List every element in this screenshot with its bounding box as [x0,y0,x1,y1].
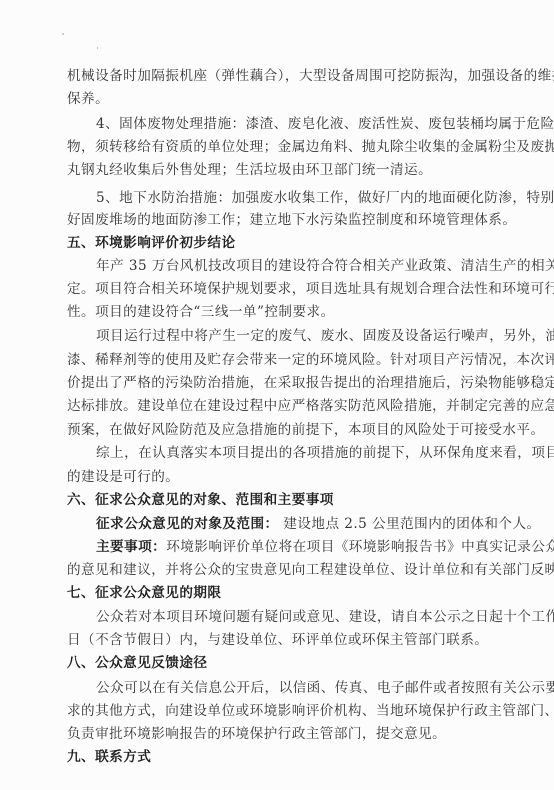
paragraph-line: 负责审批环境影响报告的环境保护行政主管部门，提交意见。 [67,726,477,742]
section-heading-7: 七、征求公众意见的期限 [67,585,477,601]
paragraph-line: 漆、稀释剂等的使用及贮存会带来一定的环境风险。针对项目产污情况，本次评 [67,352,477,368]
scope-label: 征求公众意见的对象及范围： [96,516,279,532]
section-heading-8: 八、公众意见反馈途径 [67,655,477,671]
paragraph-line: 5、地下水防治措施：加强废水收集工作，做好厂内的地面硬化防渗，特别做 [96,190,506,206]
paragraph-line: 好固废堆场的地面防渗工作；建立地下水污染监控制度和环境管理体系。 [67,212,477,228]
paragraph-line: 定。项目符合相关环境保护规划要求，项目选址具有规划合理合法性和环境可行 [67,281,477,297]
section-heading-6: 六、征求公众意见的对象、范围和主要事项 [67,492,477,508]
matters-label: 主要事项： [96,539,166,555]
paragraph-line: 丸钢丸经收集后外售处理；生活垃圾由环卫部门统一清运。 [67,162,477,178]
paragraph-line: 求的其他方式，向建设单位或环境影响评价机构、当地环境保护行政主管部门、 [67,703,477,719]
paragraph-line: 综上，在认真落实本项目提出的各项措施的前提下，从环保角度来看，项目 [96,445,506,461]
paragraph-line: 4、固体废物处理措施：漆渣、废皂化液、废活性炭、废包装桶均属于危险废 [96,116,506,132]
paragraph-line: 年产 35 万台风机技改项目的建设符合符合相关产业政策、清洁生产的相关规 [96,258,506,274]
section-heading-5: 五、环境影响评价初步结论 [67,235,477,251]
paragraph-line: 预案，在做好风险防范及应急措施的前提下，本项目的风险处于可接受水平。 [67,422,477,438]
section-heading-9: 九、联系方式 [67,749,477,765]
scan-speck [97,47,98,49]
paragraph-line: 价提出了严格的污染防治措施，在采取报告提出的治理措施后，污染物能够稳定 [67,375,477,391]
paragraph-line: 公众若对本项目环境问题有疑问或意见、建设，请自本公示之日起十个工作 [96,609,506,625]
document-page: 机械设备时加隔振机座（弹性藕合），大型设备周围可挖防振沟，加强设备的维护 保养。… [0,0,554,790]
paragraph-line: 的意见和建议，并将公众的宝贵意见向工程建设单位、设计单位和有关部门反映。 [67,562,477,578]
scope-line: 征求公众意见的对象及范围： 建设地点 2.5 公里范围内的团体和个人。 [96,516,506,532]
scope-text: 建设地点 2.5 公里范围内的团体和个人。 [279,516,541,532]
paragraph-line: 项目运行过程中将产生一定的废气、废水、固废及设备运行噪声，另外，油 [96,328,506,344]
matters-text: 环境影响评价单位将在项目《环境影响报告书》中真实记录公众 [166,539,554,555]
scan-speck [62,33,64,35]
matters-line: 主要事项：环境影响评价单位将在项目《环境影响报告书》中真实记录公众 [96,539,506,555]
paragraph-line: 的建设是可行的。 [67,469,477,485]
paragraph-line: 公众可以在有关信息公开后，以信函、传真、电子邮件或者按照有关公示要 [96,680,506,696]
paragraph-line: 达标排放。建设单位在建设过程中应严格落实防范风险措施，并制定完善的应急 [67,398,477,414]
paragraph-line: 机械设备时加隔振机座（弹性藕合），大型设备周围可挖防振沟，加强设备的维护 [67,68,477,84]
paragraph-line: 性。项目的建设符合“三线一单”控制要求。 [67,304,477,320]
paragraph-line: 保养。 [67,91,477,107]
paragraph-line: 日（不含节假日）内，与建设单位、环评单位或环保主管部门联系。 [67,632,477,648]
paragraph-line: 物，须转移给有资质的单位处理；金属边角料、抛丸除尘收集的金属粉尘及废抛 [67,139,477,155]
